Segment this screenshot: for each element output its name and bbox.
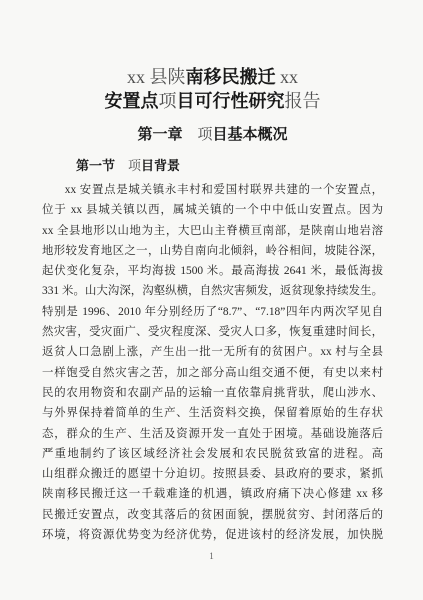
text-segment: 目可行性研究 xyxy=(177,91,285,111)
body-line: 起伏变化复杂，平均海拔 1500 米。最高海拔 2641 米，最低海拔 xyxy=(42,261,383,281)
body-line: 山组群众搬迁的愿望十分迫切。按照县委、县政府的要求，紧抓 xyxy=(42,464,383,484)
body-line: 环境，将资源优势变为经济优势，促进该村的经济发展，加快脱 xyxy=(42,525,383,545)
document-title: xx 县陕南移民搬迁 xx 安置点项目可行性研究报告 xyxy=(42,66,383,113)
body-line: 特别是 1996、2010 年分别经历了“8.7”、“7.18”四年内两次罕见自 xyxy=(42,302,383,322)
body-line: 民的农用物资和农副产品的运输一直依靠肩挑背驮，爬山涉水、 xyxy=(42,383,383,403)
page-number: 1 xyxy=(0,551,423,562)
text-segment: 第一章 xyxy=(137,126,197,143)
text-segment: xx xyxy=(127,67,150,87)
text-segment: 县陕 xyxy=(150,67,186,87)
text-segment: 安置点 xyxy=(105,91,159,111)
body-line: 地形较发育地区之一，山势自南向北倾斜，岭谷相间，坡陡谷深， xyxy=(42,241,383,261)
text-segment: 目背景 xyxy=(141,158,180,173)
body-line: 然灾害，受灾面广、受灾程度深、受灾人口多，恢复重建时间长， xyxy=(42,322,383,342)
title-line-1: xx 县陕南移民搬迁 xx xyxy=(42,66,383,90)
body-paragraph: xx 安置点是城关镇永丰村和爱国村联界共建的一个安置点，位于 xx 县城关镇以西… xyxy=(42,180,383,545)
text-segment: 报告 xyxy=(285,91,321,111)
text-segment: 南移民搬迁 xyxy=(186,67,276,87)
text-segment: xx xyxy=(276,67,299,87)
body-line: xx 全县地形以山地为主，大巴山主脊横亘南部，是陕南山地岩溶 xyxy=(42,221,383,241)
text-segment: 项 xyxy=(159,91,177,111)
body-line: 民搬迁安置点，改变其落后的贫困面貌，摆脱贫穷、封闭落后的 xyxy=(42,505,383,525)
body-line: xx 安置点是城关镇永丰村和爱国村联界共建的一个安置点， xyxy=(42,180,383,200)
chapter-heading: 第一章 项目基本概况 xyxy=(42,125,383,145)
text-segment: 第一节 xyxy=(76,158,128,173)
title-line-2: 安置点项目可行性研究报告 xyxy=(42,90,383,114)
text-segment: 项 xyxy=(128,158,141,173)
text-segment: 目基本概况 xyxy=(213,126,288,143)
body-line: 返贫人口急剧上涨，产生出一批一无所有的贫困户。xx 村与全县 xyxy=(42,342,383,362)
body-line: 331 米。山大沟深，沟壑纵横，自然灾害频发，返贫现象持续发生。 xyxy=(42,281,383,301)
body-line: 陕南移民搬迁这一千载难逢的机遇，镇政府痛下决心修建 xx 移 xyxy=(42,484,383,504)
body-line: 位于 xx 县城关镇以西，属城关镇的一个中中低山安置点。因为 xyxy=(42,200,383,220)
body-line: 严重地制约了该区域经济社会发展和农民脱贫致富的进程。高 xyxy=(42,444,383,464)
document-page: xx 县陕南移民搬迁 xx 安置点项目可行性研究报告 第一章 项目基本概况 第一… xyxy=(0,0,423,600)
body-line: 一样饱受自然灾害之苦，加之部分高山组交通不便，有史以来村 xyxy=(42,363,383,383)
body-line: 与外界保持着简单的生产、生活资料交换，保留着原始的生存状 xyxy=(42,403,383,423)
body-line: 态，群众的生产、生活及资源开发一直处于困境。基础设施落后 xyxy=(42,424,383,444)
section-heading: 第一节 项目背景 xyxy=(42,157,383,175)
text-segment: 项 xyxy=(197,127,212,143)
